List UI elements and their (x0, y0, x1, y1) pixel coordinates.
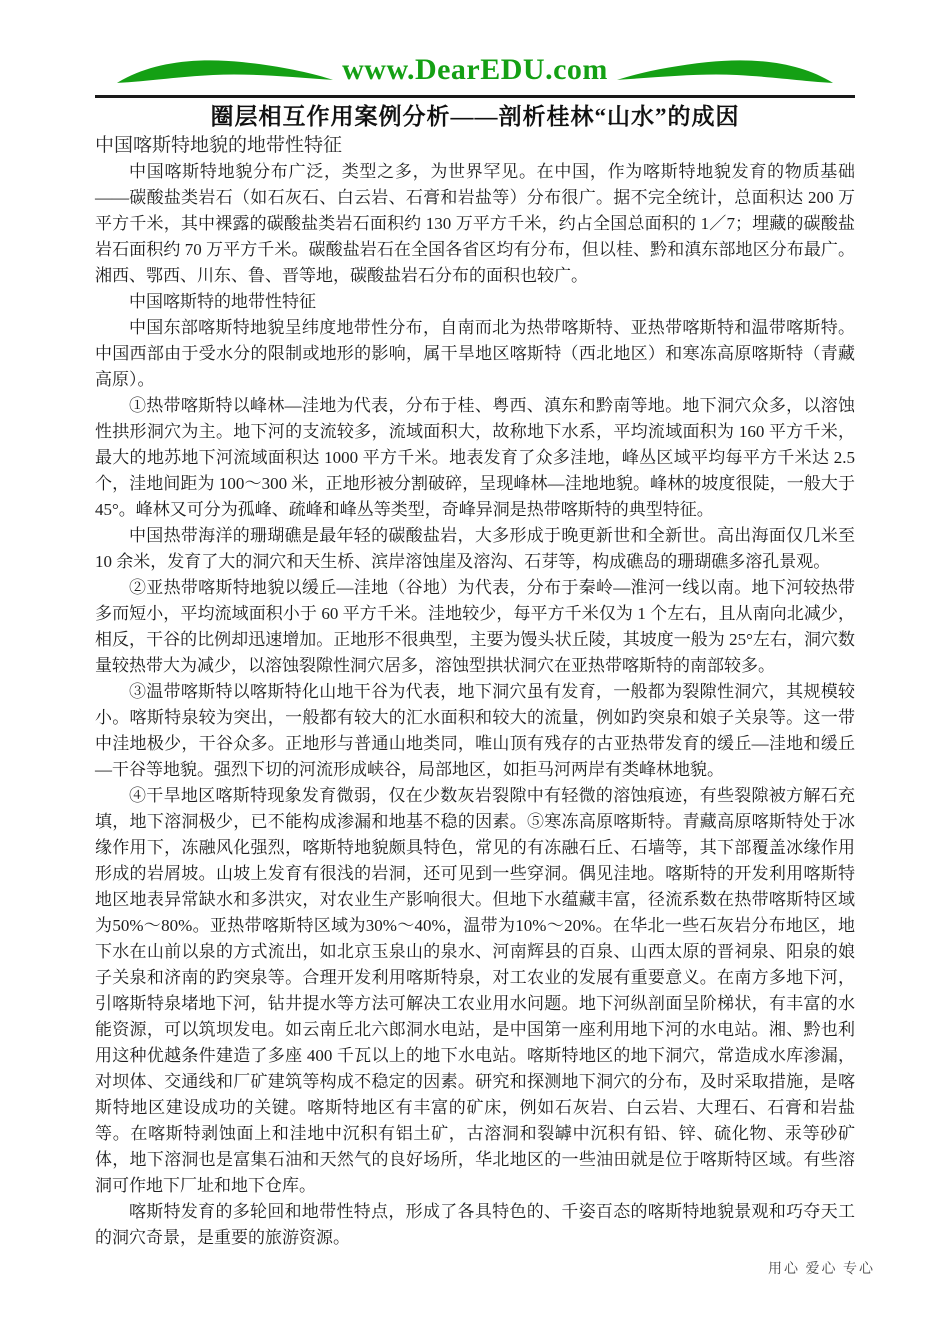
logo-swoosh-left-icon (116, 57, 334, 87)
paragraphs: 中国喀斯特地貌分布广泛，类型之多，为世界罕见。在中国，作为喀斯特地貌发育的物质基… (95, 159, 855, 1251)
paragraph: 中国喀斯特地貌分布广泛，类型之多，为世界罕见。在中国，作为喀斯特地貌发育的物质基… (95, 159, 855, 289)
document-page: www.DearEDU.com 圈层相互作用案例分析——剖析桂林“山水”的成因 … (0, 0, 950, 1344)
paragraph: ②亚热带喀斯特地貌以缓丘—洼地（谷地）为代表，分布于秦岭—淮河一线以南。地下河较… (95, 575, 855, 679)
logo-text: www.DearEDU.com (342, 55, 608, 85)
logo-swoosh-right-icon (616, 57, 834, 87)
header-divider (95, 95, 855, 98)
paragraph: 中国东部喀斯特地貌呈纬度地带性分布，自南而北为热带喀斯特、亚热带喀斯特和温带喀斯… (95, 315, 855, 393)
section-heading: 中国喀斯特地貌的地带性特征 (95, 132, 855, 159)
paragraph: 中国喀斯特的地带性特征 (95, 289, 855, 315)
page-title: 圈层相互作用案例分析——剖析桂林“山水”的成因 (95, 102, 855, 132)
paragraph: 喀斯特发育的多轮回和地带性特点，形成了各具特色的、千姿百态的喀斯特地貌景观和巧夺… (95, 1199, 855, 1251)
paragraph: ③温带喀斯特以喀斯特化山地干谷为代表，地下洞穴虽有发育，一般都为裂隙性洞穴，其规… (95, 679, 855, 783)
paragraph: 中国热带海洋的珊瑚礁是最年轻的碳酸盐岩，大多形成于晚更新世和全新世。高出海面仅几… (95, 523, 855, 575)
footer-motto: 用心 爱心 专心 (768, 1258, 875, 1278)
site-logo: www.DearEDU.com (95, 0, 855, 94)
paragraph: ①热带喀斯特以峰林—洼地为代表，分布于桂、粤西、滇东和黔南等地。地下洞穴众多，以… (95, 393, 855, 523)
paragraph: ④干旱地区喀斯特现象发育微弱，仅在少数灰岩裂隙中有轻微的溶蚀痕迹，有些裂隙被方解… (95, 783, 855, 1199)
